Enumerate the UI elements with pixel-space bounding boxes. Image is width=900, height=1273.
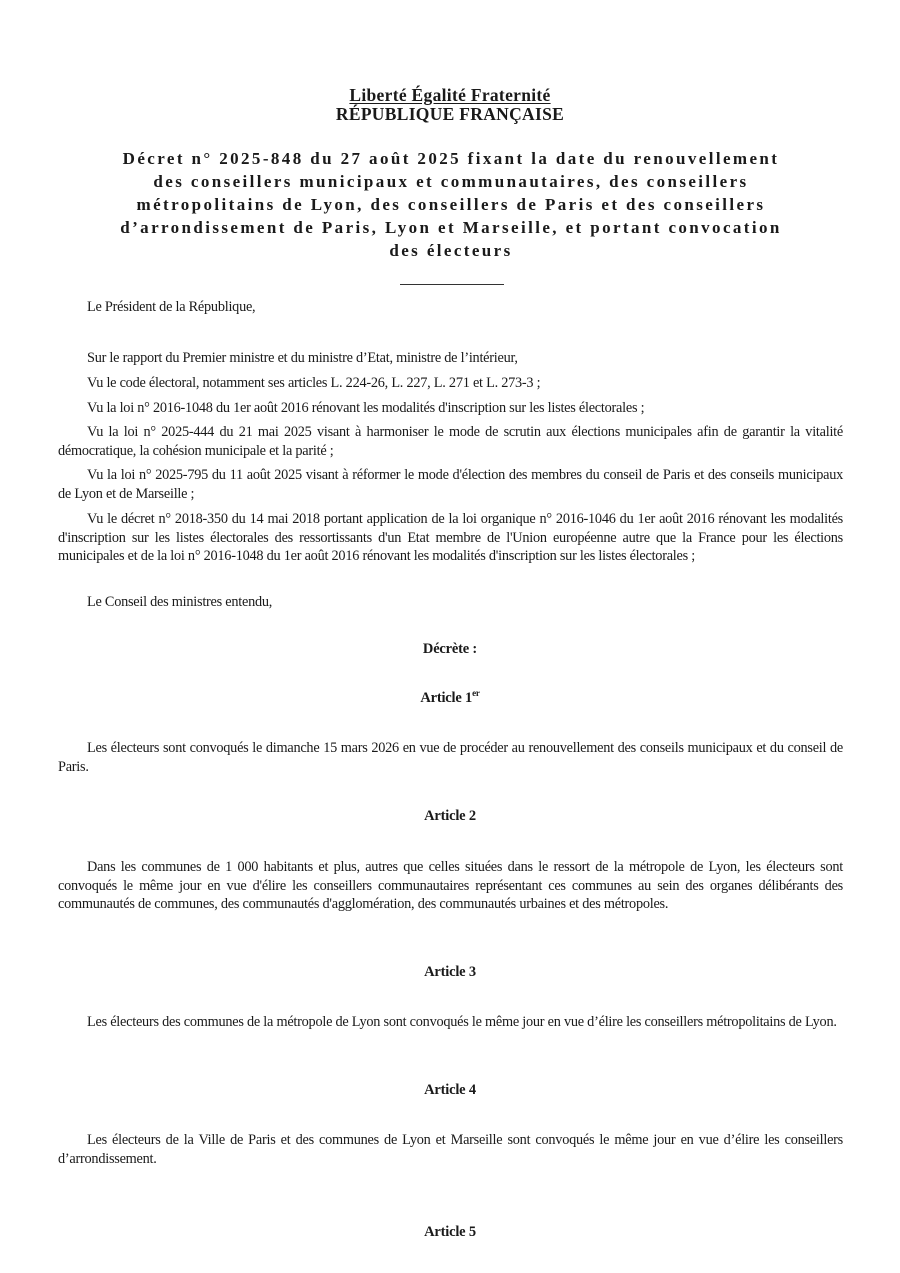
article-text: Les électeurs de la Ville de Paris et de… [58,1131,843,1168]
title-separator [400,284,504,285]
decree-title-line: d’arrondissement de Paris, Lyon et Marse… [58,216,844,239]
visa-paragraph: Vu la loi n° 2016-1048 du 1er août 2016 … [58,399,843,418]
council-heard-line: Le Conseil des ministres entendu, [58,593,843,612]
visa-paragraph: Vu la loi n° 2025-444 du 21 mai 2025 vis… [58,423,843,460]
article-heading: Article 2 [0,808,900,825]
article-text: Les électeurs des communes de la métropo… [58,1013,843,1032]
decree-title-line: métropolitains de Lyon, des conseillers … [58,193,844,216]
article-text: Les électeurs sont convoqués le dimanche… [58,739,843,776]
decree-title-line: des électeurs [58,239,844,262]
visa-paragraph: Vu le décret n° 2018-350 du 14 mai 2018 … [58,510,843,566]
national-motto: Liberté Égalité Fraternité [0,85,900,106]
article-text: Dans les communes de 1 000 habitants et … [58,858,843,914]
article-heading: Article 3 [0,964,900,981]
article-heading: Article 5 [0,1224,900,1241]
article-heading: Article 4 [0,1082,900,1099]
visa-paragraph: Vu la loi n° 2025-795 du 11 août 2025 vi… [58,466,843,503]
decree-title-line: Décret n° 2025-848 du 27 août 2025 fixan… [58,147,844,170]
decree-title-line: des conseillers municipaux et communauta… [58,170,844,193]
article-heading: Article 1er [0,690,900,707]
decrete-heading: Décrète : [0,641,900,658]
decree-title: Décret n° 2025-848 du 27 août 2025 fixan… [58,147,844,262]
document-page: Liberté Égalité Fraternité RÉPUBLIQUE FR… [0,0,900,1273]
article-heading-label: Article 1 [420,690,472,706]
article-heading-superscript: er [472,688,480,698]
visa-paragraph: Vu le code électoral, notamment ses arti… [58,374,843,393]
republic-heading: RÉPUBLIQUE FRANÇAISE [0,104,900,125]
president-line: Le Président de la République, [58,298,843,317]
visa-paragraph: Sur le rapport du Premier ministre et du… [58,349,843,368]
